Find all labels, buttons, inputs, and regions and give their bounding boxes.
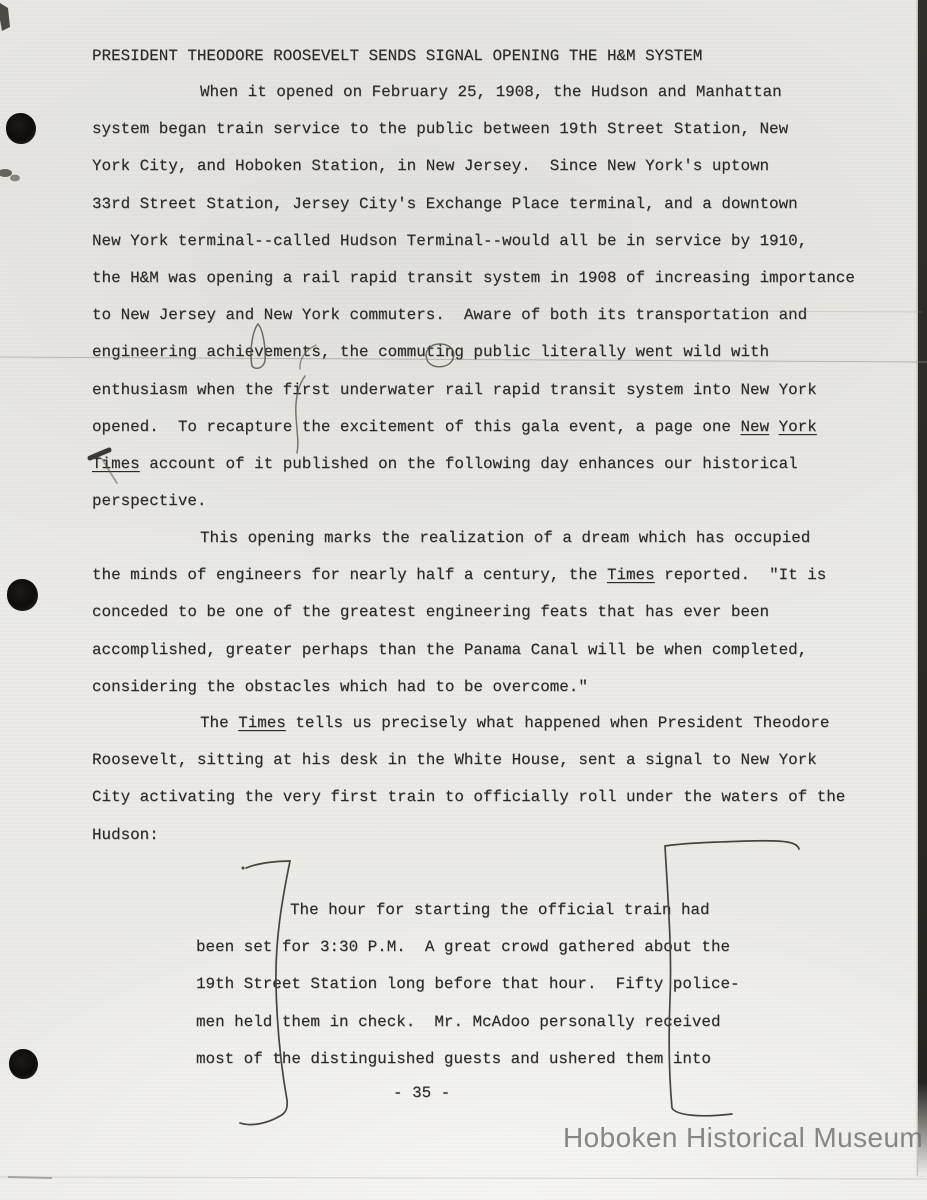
p1-line-11: Times account of it published on the fol…	[92, 456, 798, 473]
p1-line-4: 33rd Street Station, Jersey City's Excha…	[92, 196, 798, 213]
p3-line-4: Hudson:	[92, 827, 159, 844]
p1-line-5: New York terminal--called Hudson Termina…	[92, 233, 807, 250]
p2-line-3: conceded to be one of the greatest engin…	[92, 604, 769, 621]
edge-speck	[10, 175, 20, 182]
hole-punch-top	[6, 113, 36, 144]
quote-line-3: 19th Street Station long before that hou…	[196, 976, 740, 993]
pencil-dash-bottom-left	[8, 1177, 52, 1178]
quote-line-2: been set for 3:30 P.M. A great crowd gat…	[196, 939, 730, 956]
p3-line-3: City activating the very first train to …	[92, 789, 845, 806]
p1-line-12: perspective.	[92, 493, 206, 510]
p1-line-7: to New Jersey and New York commuters. Aw…	[92, 307, 807, 324]
hole-punch-bottom	[9, 1049, 38, 1079]
quote-line-4: men held them in check. Mr. McAdoo perso…	[196, 1014, 720, 1031]
p1-line-2: system began train service to the public…	[92, 121, 788, 138]
pencil-dot	[242, 867, 245, 870]
p3-line-1: The Times tells us precisely what happen…	[92, 715, 829, 732]
p1-line-8: engineering achievements, the commuting …	[92, 344, 769, 361]
quote-line-5: most of the distinguished guests and ush…	[196, 1051, 711, 1068]
watermark: Hoboken Historical Museum	[563, 1122, 923, 1154]
p2-line-4: accomplished, greater perhaps than the P…	[92, 642, 807, 659]
hole-punch-middle	[7, 579, 38, 611]
quote-line-1: The hour for starting the official train…	[196, 902, 710, 919]
p3-line-2: Roosevelt, sitting at his desk in the Wh…	[92, 752, 817, 769]
p2-line-2: the minds of engineers for nearly half a…	[92, 567, 826, 584]
corner-scan-mark	[0, 3, 10, 31]
p1-line-10: opened. To recapture the excitement of t…	[92, 419, 817, 436]
p2-line-1: This opening marks the realization of a …	[92, 530, 810, 547]
p1-line-6: the H&M was opening a rail rapid transit…	[92, 270, 855, 287]
p2-line-5: considering the obstacles which had to b…	[92, 679, 588, 696]
scanner-edge-strip	[918, 0, 927, 1176]
scan-line-artifact	[0, 1177, 927, 1179]
p1-line-9: enthusiasm when the first underwater rai…	[92, 382, 817, 399]
edge-speck	[0, 169, 12, 177]
pageno-line-1: - 35 -	[393, 1085, 450, 1102]
title-line-1: PRESIDENT THEODORE ROOSEVELT SENDS SIGNA…	[92, 48, 702, 65]
p1-line-3: York City, and Hoboken Station, in New J…	[92, 158, 769, 175]
scanned-document-page: PRESIDENT THEODORE ROOSEVELT SENDS SIGNA…	[0, 0, 927, 1200]
p1-line-1: When it opened on February 25, 1908, the…	[92, 84, 782, 101]
